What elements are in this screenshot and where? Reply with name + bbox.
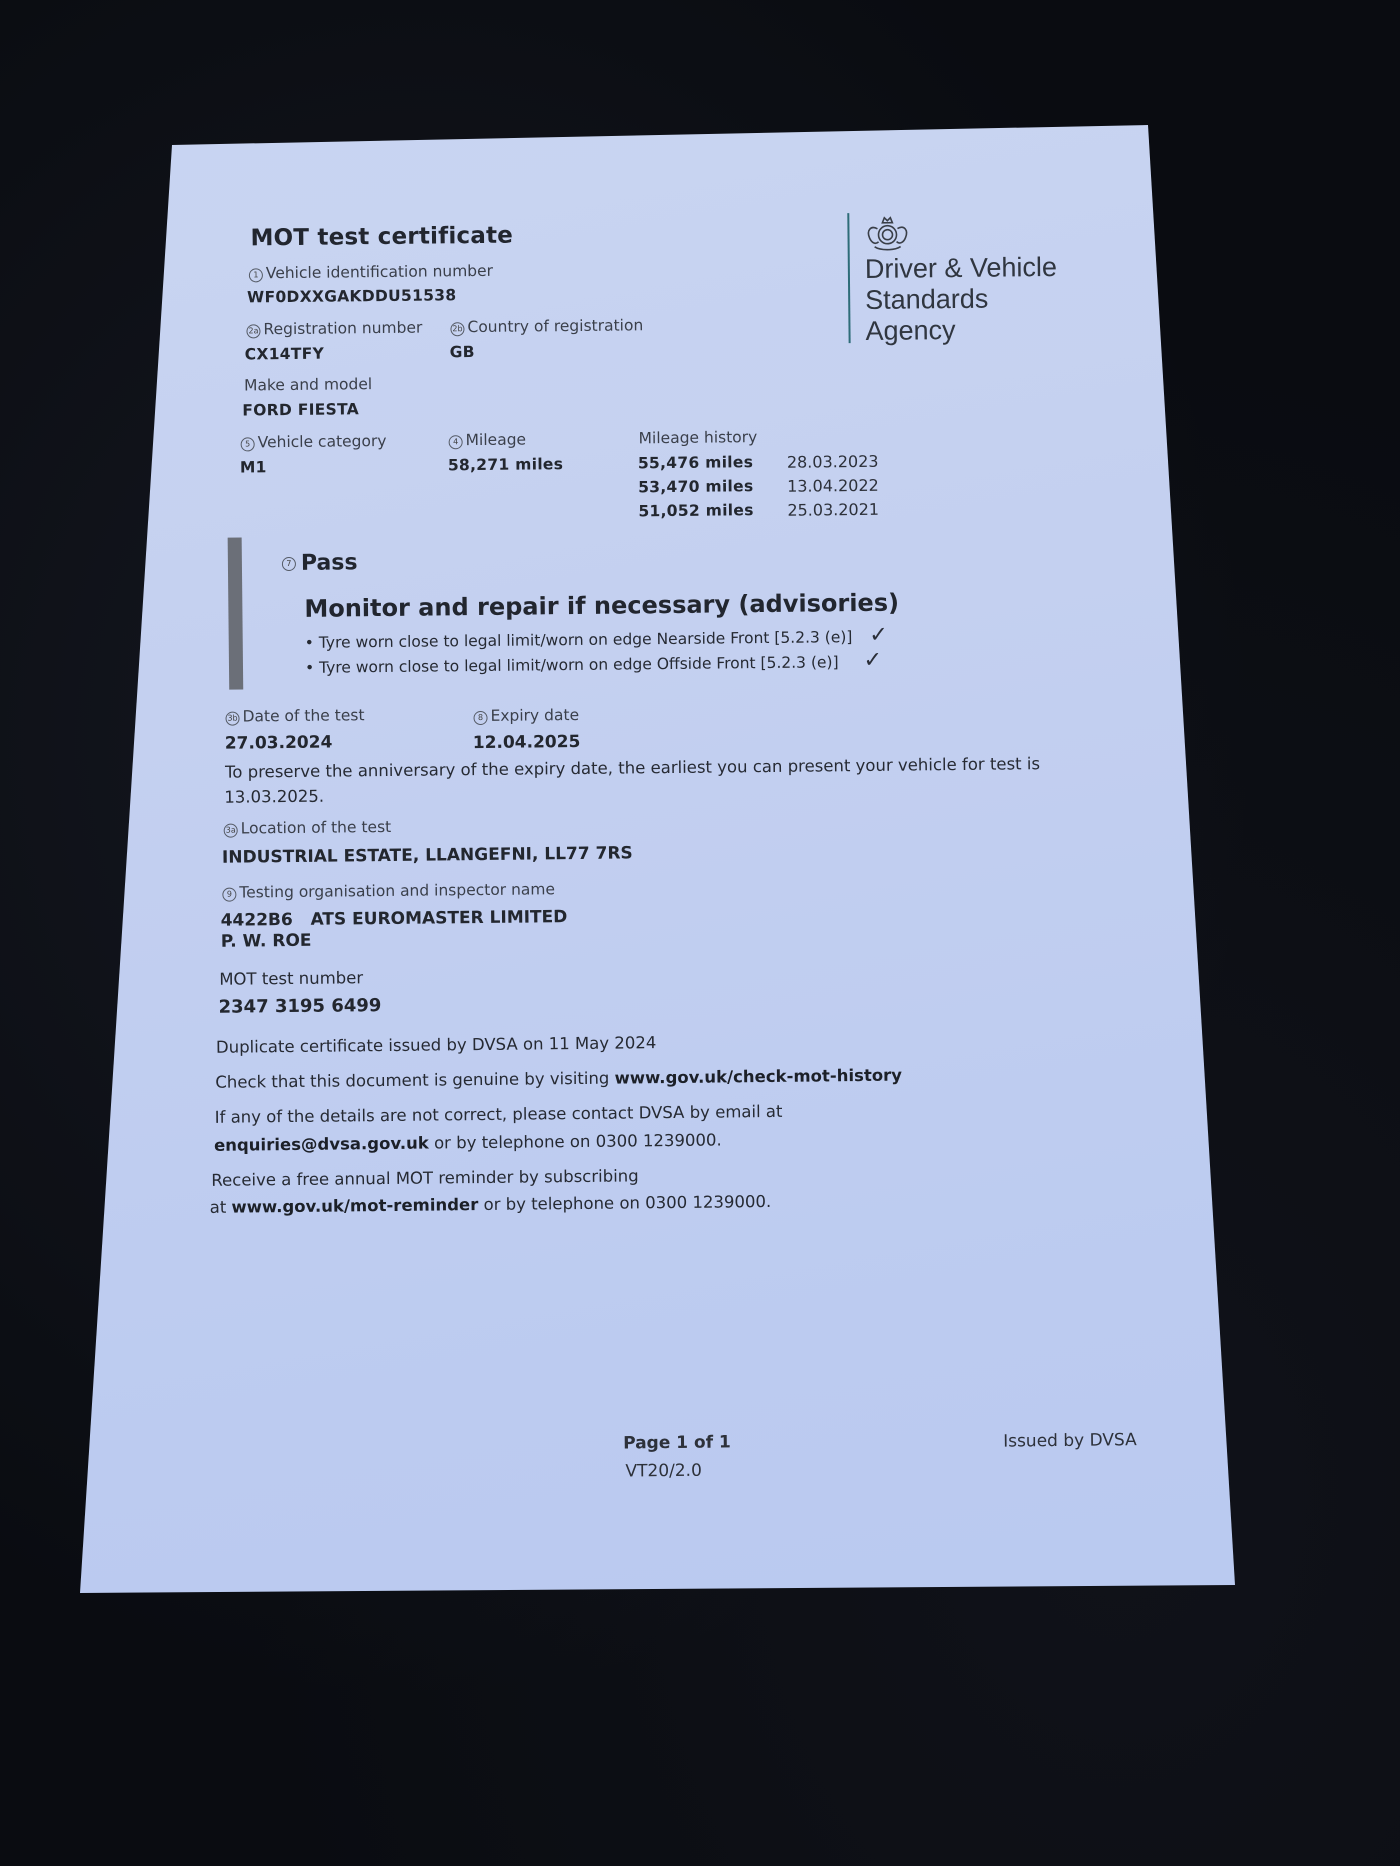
check-mot-history-link[interactable]: www.gov.uk/check-mot-history	[614, 1066, 902, 1088]
genuine-notice: Check that this document is genuine by v…	[215, 1066, 902, 1092]
registration-label: 2aRegistration number	[246, 319, 422, 339]
contact-notice: If any of the details are not correct, p…	[215, 1102, 783, 1127]
mileage-label: 4Mileage	[449, 431, 527, 450]
field-number-icon: 3a	[224, 824, 238, 838]
registration-value: CX14TFY	[245, 345, 325, 364]
field-number-icon: 2b	[450, 322, 464, 336]
bullet: •	[305, 634, 319, 652]
reminder-details: at www.gov.uk/mot-reminder or by telepho…	[210, 1192, 772, 1217]
checkmark-icon: ✓	[869, 623, 888, 648]
mileage-value: 58,271 miles	[448, 455, 564, 474]
field-number-icon: 3b	[225, 712, 239, 726]
inspector-name: P. W. ROE	[221, 931, 312, 952]
anniversary-note: To preserve the anniversary of the expir…	[225, 754, 1040, 782]
make-model-label: Make and model	[244, 375, 372, 394]
category-value: M1	[240, 458, 267, 476]
form-code: VT20/2.0	[625, 1461, 702, 1482]
mileage-history-date: 25.03.2021	[787, 500, 879, 520]
logo-rule	[847, 213, 850, 343]
advisory-item: • Tyre worn close to legal limit/worn on…	[305, 648, 882, 679]
field-number-icon: 4	[449, 435, 463, 449]
bullet: •	[305, 659, 319, 677]
country-label: 2bCountry of registration	[450, 316, 643, 336]
organisation-code: 4422B6	[221, 910, 293, 931]
mileage-history-date: 13.04.2022	[787, 476, 879, 496]
result-bar	[228, 537, 244, 689]
royal-crest-icon	[860, 210, 914, 253]
mileage-history-miles: 53,470 miles	[638, 477, 754, 496]
mileage-history-miles: 51,052 miles	[638, 501, 754, 520]
test-date-value: 27.03.2024	[225, 733, 333, 754]
field-number-icon: 8	[473, 711, 487, 725]
test-number-label: MOT test number	[219, 968, 363, 989]
organisation-name: ATS EUROMASTER LIMITED	[310, 907, 567, 930]
page-title: MOT test certificate	[250, 223, 513, 252]
organisation-label: 9Testing organisation and inspector name	[222, 880, 555, 901]
agency-name: Driver & Vehicle Standards Agency	[865, 252, 1058, 347]
reminder-notice: Receive a free annual MOT reminder by su…	[211, 1166, 639, 1189]
checkmark-icon: ✓	[863, 648, 882, 673]
vin-label: 1Vehicle identification number	[249, 262, 493, 283]
location-label: 3aLocation of the test	[224, 818, 392, 838]
duplicate-notice: Duplicate certificate issued by DVSA on …	[216, 1033, 657, 1057]
category-label: 5Vehicle category	[241, 432, 387, 452]
issued-by: Issued by DVSA	[1003, 1430, 1137, 1451]
organisation-value: 4422B6 ATS EUROMASTER LIMITED	[221, 907, 568, 931]
advisories-title: Monitor and repair if necessary (advisor…	[304, 589, 899, 623]
field-number-icon: 5	[241, 437, 255, 451]
make-model-value: FORD FIESTA	[242, 400, 359, 419]
test-date-label: 3bDate of the test	[225, 706, 364, 725]
field-number-icon: 1	[249, 268, 263, 282]
country-value: GB	[450, 343, 475, 361]
mileage-history-miles: 55,476 miles	[638, 453, 754, 472]
location-value: INDUSTRIAL ESTATE, LLANGEFNI, LL77 7RS	[222, 843, 633, 867]
mileage-history-date: 28.03.2023	[787, 452, 879, 472]
mot-reminder-link[interactable]: www.gov.uk/mot-reminder	[231, 1195, 478, 1217]
expiry-date-label: 8Expiry date	[473, 706, 579, 725]
field-number-icon: 7	[282, 557, 296, 571]
expiry-date-value: 12.04.2025	[473, 732, 581, 753]
page-number: Page 1 of 1	[623, 1432, 731, 1453]
anniversary-date: 13.03.2025.	[224, 787, 324, 807]
field-number-icon: 9	[222, 888, 236, 902]
vin-value: WF0DXXGAKDDU51538	[247, 286, 456, 306]
contact-details: enquiries@dvsa.gov.uk or by telephone on…	[214, 1131, 722, 1155]
certificate-page: MOT test certificate 1Vehicle identifica…	[0, 0, 1400, 1866]
enquiries-email-link[interactable]: enquiries@dvsa.gov.uk	[214, 1134, 429, 1155]
result-status: 7Pass	[282, 550, 358, 576]
field-number-icon: 2a	[246, 324, 260, 338]
test-number-value: 2347 3195 6499	[218, 995, 381, 1018]
mileage-history-label: Mileage history	[639, 428, 758, 447]
